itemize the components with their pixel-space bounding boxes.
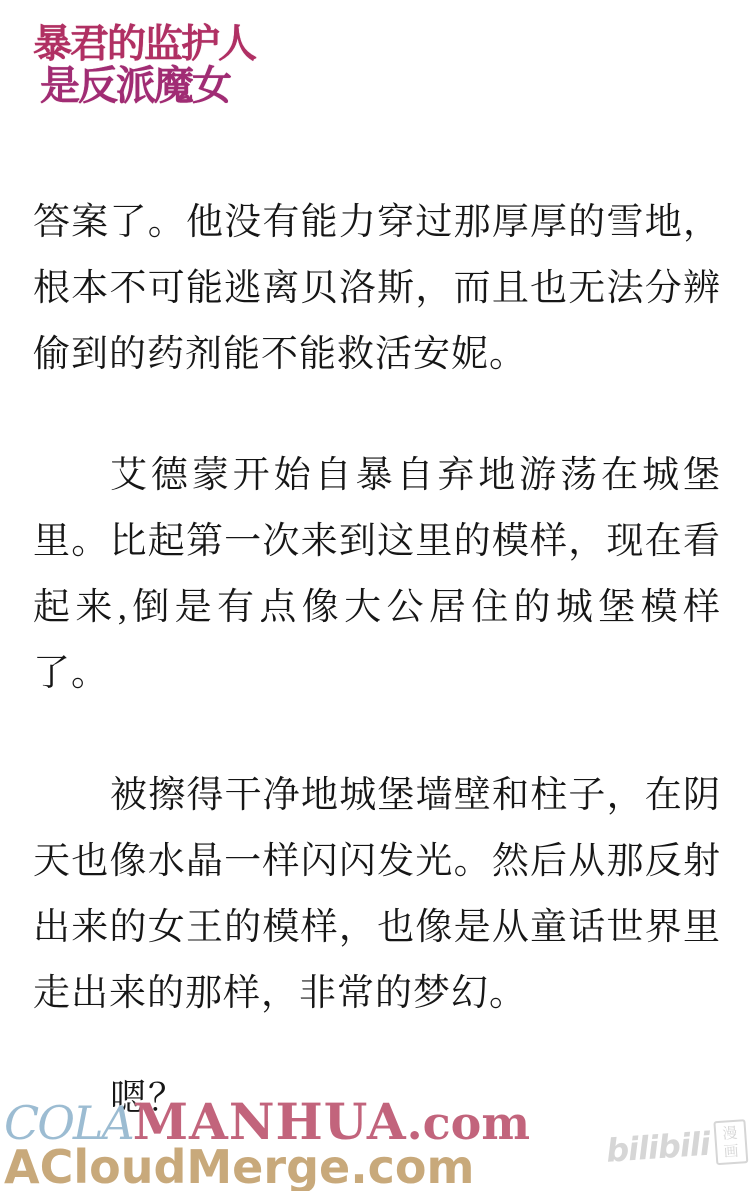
bilibili-badge-char-bottom: 画 <box>717 1141 746 1161</box>
comic-page: 暴君的监护人 是反派魔女 答案了。他没有能力穿过那厚厚的雪地，根本不可能逃离贝洛… <box>0 0 753 1191</box>
narration-paragraph: 艾德蒙开始自暴自弃地游荡在城堡里。比起第一次来到这里的模样，现在看起来,倒是有点… <box>33 443 721 707</box>
series-logo-line1: 暴君的监护人 <box>33 24 255 67</box>
narration-text-block: 答案了。他没有能力穿过那厚厚的雪地，根本不可能逃离贝洛斯，而且也无法分辨偷到的药… <box>33 190 721 1132</box>
watermark-bilibili: bilibili 漫 画 <box>605 1119 748 1173</box>
narration-paragraph: 答案了。他没有能力穿过那厚厚的雪地，根本不可能逃离贝洛斯，而且也无法分辨偷到的药… <box>33 190 721 388</box>
narration-paragraph: 被擦得干净地城堡墙壁和柱子，在阴天也像水晶一样闪闪发光。然后从那反射出来的女王的… <box>33 763 721 1027</box>
series-logo: 暴君的监护人 是反派魔女 <box>33 24 255 108</box>
watermark-acloudmerge-text: ACloudMerge.com <box>4 1140 530 1191</box>
bilibili-wordmark: bilibili <box>605 1125 711 1170</box>
watermark-colamanhua-block: COLAMANHUA.com ACloudMerge.com <box>4 1092 530 1191</box>
series-logo-line2: 是反派魔女 <box>40 64 255 108</box>
bilibili-manhua-badge-icon: 漫 画 <box>713 1119 748 1165</box>
bilibili-badge-char-top: 漫 <box>715 1123 744 1143</box>
